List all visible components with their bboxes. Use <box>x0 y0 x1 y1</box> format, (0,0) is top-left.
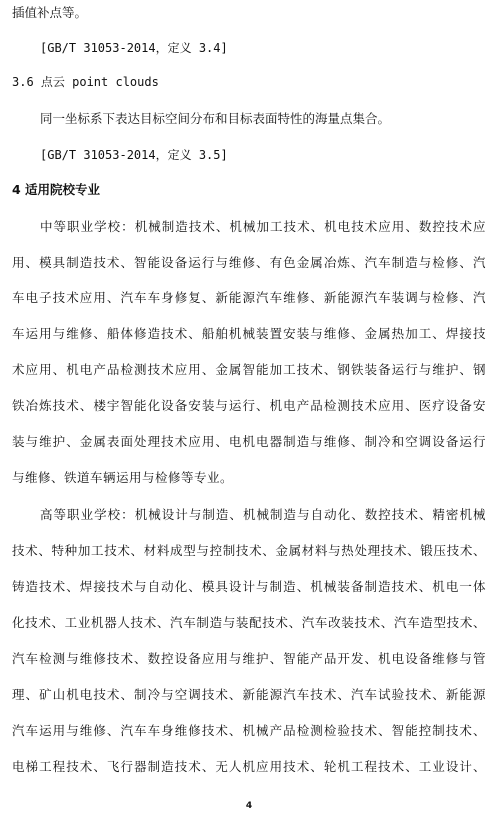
paragraph-line: 铸造技术、焊接技术与自动化、模具设计与制造、机械装备制造技术、机电一体 <box>12 579 486 595</box>
reference-citation: [GB/T 31053-2014，定义 3.4] <box>40 40 228 56</box>
term-definition: 同一坐标系下表达目标空间分布和目标表面特性的海量点集合。 <box>40 111 390 127</box>
section-heading: 4 适用院校专业 <box>12 182 100 198</box>
paragraph-line: 电梯工程技术、飞行器制造技术、无人机应用技术、轮机工程技术、工业设计、 <box>12 759 486 775</box>
paragraph-line: 理、矿山机电技术、制冷与空调技术、新能源汽车技术、汽车试验技术、新能源 <box>12 687 486 703</box>
page-number: 4 <box>0 801 498 811</box>
paragraph-text: 插值补点等。 <box>12 5 87 21</box>
term-heading: 3.6 点云 point clouds <box>12 74 159 90</box>
paragraph-line: 车运用与维修、船体修造技术、船舶机械装置安装与维修、金属热加工、焊接技 <box>12 326 486 342</box>
reference-citation: [GB/T 31053-2014，定义 3.5] <box>40 147 228 163</box>
paragraph-line: 汽车检测与维修技术、数控设备应用与维护、智能产品开发、机电设备维修与管 <box>12 651 486 667</box>
paragraph-line: 用、模具制造技术、智能设备运行与维修、有色金属冶炼、汽车制造与检修、汽 <box>12 255 486 271</box>
paragraph-line: 与维修、铁道车辆运用与检修等专业。 <box>12 470 233 486</box>
paragraph-line: 技术、特种加工技术、材料成型与控制技术、金属材料与热处理技术、锻压技术、 <box>12 543 486 559</box>
paragraph-line: 车电子技术应用、汽车车身修复、新能源汽车维修、新能源汽车装调与检修、汽 <box>12 290 486 306</box>
paragraph-line: 术应用、机电产品检测技术应用、金属智能加工技术、钢铁装备运行与维护、钢 <box>12 362 486 378</box>
paragraph-line: 铁冶炼技术、楼宇智能化设备安装与运行、机电产品检测技术应用、医疗设备安 <box>12 398 486 414</box>
paragraph-line: 装与维护、金属表面处理技术应用、电机电器制造与维修、制冷和空调设备运行 <box>12 434 486 450</box>
paragraph-line: 化技术、工业机器人技术、汽车制造与装配技术、汽车改装技术、汽车造型技术、 <box>12 615 486 631</box>
paragraph-line: 中等职业学校：机械制造技术、机械加工技术、机电技术应用、数控技术应 <box>40 219 486 235</box>
paragraph-line: 汽车运用与维修、汽车车身维修技术、机械产品检测检验技术、智能控制技术、 <box>12 723 486 739</box>
paragraph-line: 高等职业学校：机械设计与制造、机械制造与自动化、数控技术、精密机械 <box>40 507 486 523</box>
